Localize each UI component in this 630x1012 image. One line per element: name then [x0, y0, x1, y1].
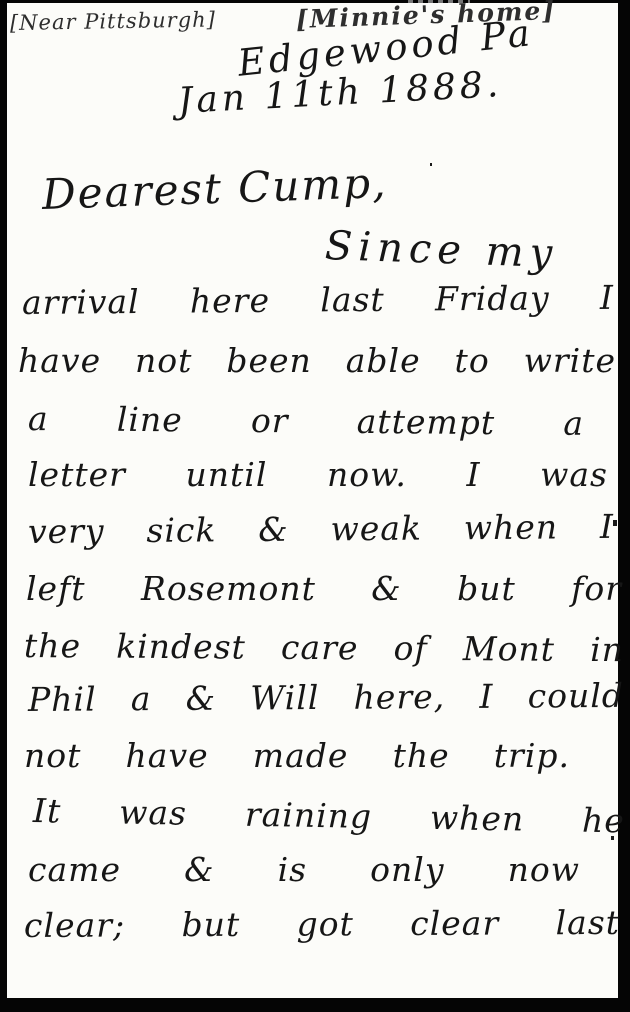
letter-line: Phil a & Will here, I could — [28, 678, 624, 718]
letter-line: have not been able to write — [18, 343, 616, 379]
letter-line: not have made the trip. — [24, 738, 570, 774]
annotation-near-pittsburgh: [Near Pittsburgh] — [10, 8, 216, 35]
letter-line: arrival here last Friday I — [22, 280, 614, 321]
letter-line: clear; but got clear last — [24, 905, 620, 944]
letter-scan: [Near Pittsburgh] [Minnie's home] Edgewo… — [0, 0, 630, 1012]
letter-line: Since my — [324, 224, 559, 276]
letter-line: left Rosemont & but for — [26, 571, 622, 607]
paper — [7, 3, 618, 998]
letter-line: a line or attempt a — [28, 401, 584, 442]
letter-line: very sick & weak when I — [28, 509, 614, 550]
letter-line: the kindest care of Mont in — [24, 628, 624, 668]
letter-line: letter until now. I was — [28, 457, 608, 493]
ink-speck — [430, 163, 432, 166]
letter-line: came & is only now — [28, 852, 580, 888]
